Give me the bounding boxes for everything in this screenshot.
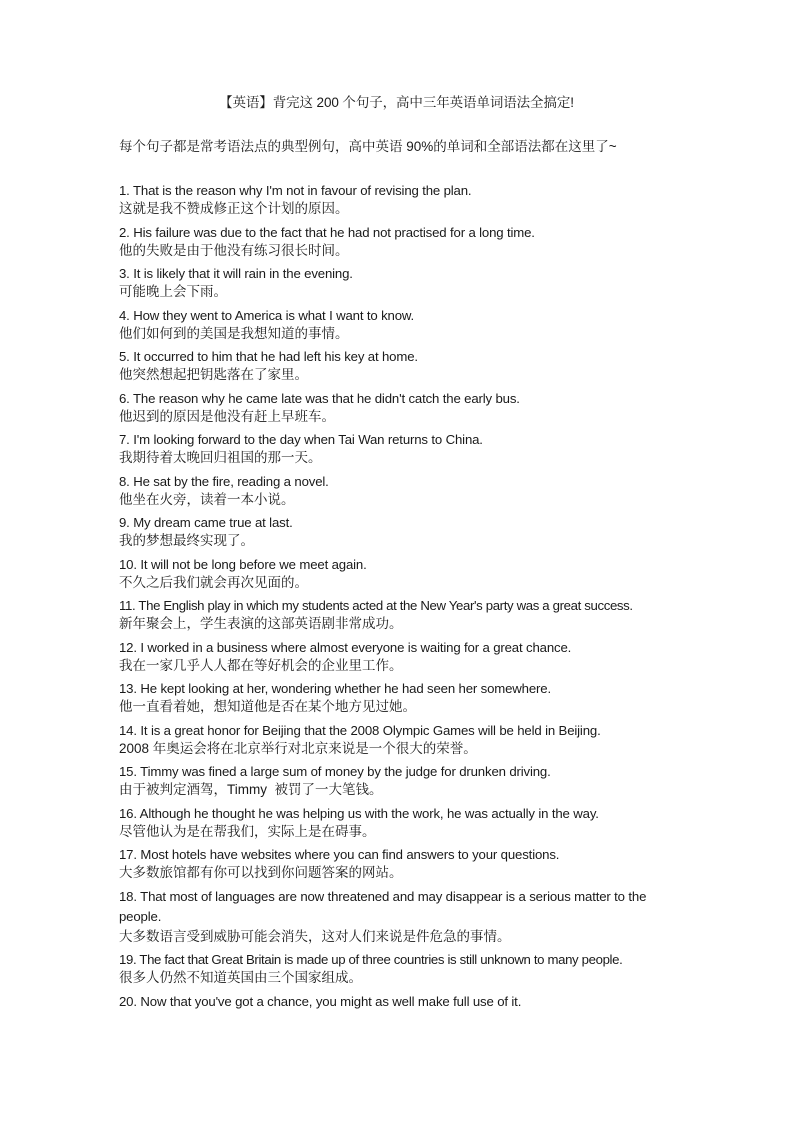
- sentence-chinese: 新年聚会上，学生表演的这部英语剧非常成功。: [119, 615, 689, 634]
- sentence-chinese: 尽管他认为是在帮我们，实际上是在碍事。: [119, 823, 689, 842]
- sentence-item-12: 12. I worked in a business where almost …: [119, 638, 689, 676]
- sentence-item-1: 1. That is the reason why I'm not in fav…: [119, 181, 689, 219]
- sentence-chinese: 不久之后我们就会再次见面的。: [119, 574, 689, 593]
- sentence-chinese: 2008 年奥运会将在北京举行对北京来说是一个很大的荣誉。: [119, 740, 689, 759]
- sentence-item-9: 9. My dream came true at last. 我的梦想最终实现了…: [119, 513, 689, 551]
- sentence-english: 9. My dream came true at last.: [119, 513, 689, 532]
- sentence-english: 17. Most hotels have websites where you …: [119, 845, 689, 864]
- sentence-chinese: 大多数旅馆都有你可以找到你问题答案的网站。: [119, 864, 689, 883]
- sentence-item-10: 10. It will not be long before we meet a…: [119, 555, 689, 593]
- sentence-english: 12. I worked in a business where almost …: [119, 638, 689, 657]
- sentence-english: 16. Although he thought he was helping u…: [119, 804, 689, 823]
- sentence-item-18: 18. That most of languages are now threa…: [119, 887, 689, 947]
- sentence-english: 14. It is a great honor for Beijing that…: [119, 721, 689, 740]
- sentence-english: 20. Now that you've got a chance, you mi…: [119, 992, 689, 1011]
- document-page: 【英语】背完这 200 个句子，高中三年英语单词语法全搞定! 每个句子都是常考语…: [0, 0, 793, 1122]
- sentence-item-5: 5. It occurred to him that he had left h…: [119, 347, 689, 385]
- sentence-item-19: 19. The fact that Great Britain is made …: [119, 950, 689, 988]
- sentence-chinese: 我在一家几乎人人都在等好机会的企业里工作。: [119, 657, 689, 676]
- sentence-item-7: 7. I'm looking forward to the day when T…: [119, 430, 689, 468]
- sentence-chinese: 他坐在火旁，读着一本小说。: [119, 491, 689, 510]
- sentence-english: 18. That most of languages are now threa…: [119, 887, 659, 928]
- sentence-item-15: 15. Timmy was fined a large sum of money…: [119, 762, 689, 800]
- sentence-english: 1. That is the reason why I'm not in fav…: [119, 181, 689, 200]
- sentence-item-2: 2. His failure was due to the fact that …: [119, 223, 689, 261]
- sentence-chinese: 他突然想起把钥匙落在了家里。: [119, 366, 689, 385]
- sentence-item-4: 4. How they went to America is what I wa…: [119, 306, 689, 344]
- sentence-english: 15. Timmy was fined a large sum of money…: [119, 762, 689, 781]
- sentence-chinese: 我的梦想最终实现了。: [119, 532, 689, 551]
- sentence-english: 19. The fact that Great Britain is made …: [119, 950, 689, 969]
- sentence-item-3: 3. It is likely that it will rain in the…: [119, 264, 689, 302]
- sentence-english: 8. He sat by the fire, reading a novel.: [119, 472, 689, 491]
- sentence-item-14: 14. It is a great honor for Beijing that…: [119, 721, 689, 759]
- sentence-english: 5. It occurred to him that he had left h…: [119, 347, 689, 366]
- sentence-english: 7. I'm looking forward to the day when T…: [119, 430, 689, 449]
- sentence-english: 6. The reason why he came late was that …: [119, 389, 689, 408]
- sentence-chinese: 我期待着太晚回归祖国的那一天。: [119, 449, 689, 468]
- sentence-chinese: 他迟到的原因是他没有赶上早班车。: [119, 408, 689, 427]
- sentence-item-13: 13. He kept looking at her, wondering wh…: [119, 679, 689, 717]
- sentence-english: 13. He kept looking at her, wondering wh…: [119, 679, 689, 698]
- document-title: 【英语】背完这 200 个句子，高中三年英语单词语法全搞定!: [0, 94, 793, 112]
- document-intro: 每个句子都是常考语法点的典型例句，高中英语 90%的单词和全部语法都在这里了~: [119, 138, 617, 156]
- sentence-english: 4. How they went to America is what I wa…: [119, 306, 689, 325]
- sentence-item-20: 20. Now that you've got a chance, you mi…: [119, 992, 689, 1011]
- sentence-chinese: 他一直看着她，想知道他是否在某个地方见过她。: [119, 698, 689, 717]
- sentence-english: 2. His failure was due to the fact that …: [119, 223, 689, 242]
- sentence-chinese: 很多人仍然不知道英国由三个国家组成。: [119, 969, 689, 988]
- sentence-english: 10. It will not be long before we meet a…: [119, 555, 689, 574]
- sentence-list: 1. That is the reason why I'm not in fav…: [119, 181, 689, 1015]
- sentence-chinese: 他们如何到的美国是我想知道的事情。: [119, 325, 689, 344]
- sentence-item-17: 17. Most hotels have websites where you …: [119, 845, 689, 883]
- sentence-english: 11. The English play in which my student…: [119, 596, 689, 615]
- sentence-chinese: 大多数语言受到威胁可能会消失，这对人们来说是件危急的事情。: [119, 928, 689, 947]
- sentence-english: 3. It is likely that it will rain in the…: [119, 264, 689, 283]
- sentence-chinese: 他的失败是由于他没有练习很长时间。: [119, 242, 689, 261]
- sentence-item-11: 11. The English play in which my student…: [119, 596, 689, 634]
- sentence-chinese: 由于被判定酒驾，Timmy 被罚了一大笔钱。: [119, 781, 689, 800]
- sentence-item-8: 8. He sat by the fire, reading a novel. …: [119, 472, 689, 510]
- sentence-item-16: 16. Although he thought he was helping u…: [119, 804, 689, 842]
- sentence-chinese: 这就是我不赞成修正这个计划的原因。: [119, 200, 689, 219]
- sentence-item-6: 6. The reason why he came late was that …: [119, 389, 689, 427]
- sentence-chinese: 可能晚上会下雨。: [119, 283, 689, 302]
